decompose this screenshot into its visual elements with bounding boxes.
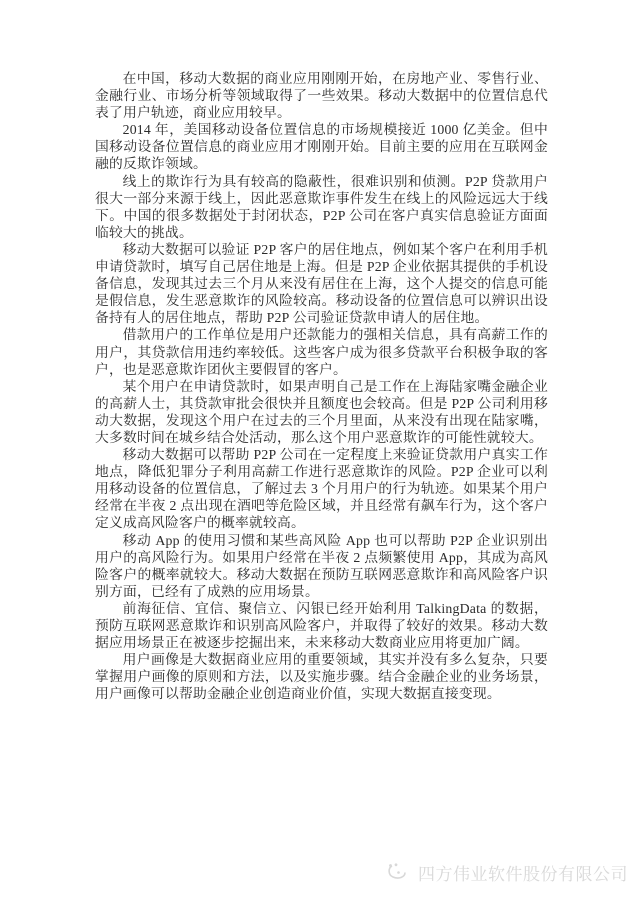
- paragraph: 某个用户在申请贷款时，如果声明自己是工作在上海陆家嘴金融企业的高薪人士，其贷款审…: [95, 378, 548, 446]
- paragraph: 移动 App 的使用习惯和某些高风险 App 也可以帮助 P2P 企业识别出用户…: [95, 532, 548, 600]
- paragraph: 线上的欺诈行为具有较高的隐蔽性，很难识别和侦测。P2P 贷款用户很大一部分来源于…: [95, 173, 548, 241]
- paragraph: 移动大数据可以帮助 P2P 公司在一定程度上来验证贷款用户真实工作地点，降低犯罪…: [95, 446, 548, 531]
- paragraph: 用户画像是大数据商业应用的重要领域，其实并没有多么复杂，只要掌握用户画像的原则和…: [95, 651, 548, 702]
- paragraph: 移动大数据可以验证 P2P 客户的居住地点，例如某个客户在利用手机申请贷款时，填…: [95, 241, 548, 326]
- paragraph: 前海征信、宜信、聚信立、闪银已经开始利用 TalkingData 的数据，预防互…: [95, 600, 548, 651]
- paragraph: 在中国，移动大数据的商业应用刚刚开始，在房地产业、零售行业、金融行业、市场分析等…: [95, 70, 548, 121]
- document-body: 在中国，移动大数据的商业应用刚刚开始，在房地产业、零售行业、金融行业、市场分析等…: [95, 70, 548, 702]
- document-page: 在中国，移动大数据的商业应用刚刚开始，在房地产业、零售行业、金融行业、市场分析等…: [0, 0, 640, 905]
- paragraph: 2014 年，美国移动设备位置信息的市场规模接近 1000 亿美金。但中国移动设…: [95, 121, 548, 172]
- company-logo-icon: [386, 862, 412, 884]
- company-name: 四方伟业软件股份有限公司: [418, 860, 628, 885]
- company-watermark: 四方伟业软件股份有限公司: [386, 860, 628, 885]
- paragraph: 借款用户的工作单位是用户还款能力的强相关信息，具有高薪工作的用户，其贷款信用违约…: [95, 326, 548, 377]
